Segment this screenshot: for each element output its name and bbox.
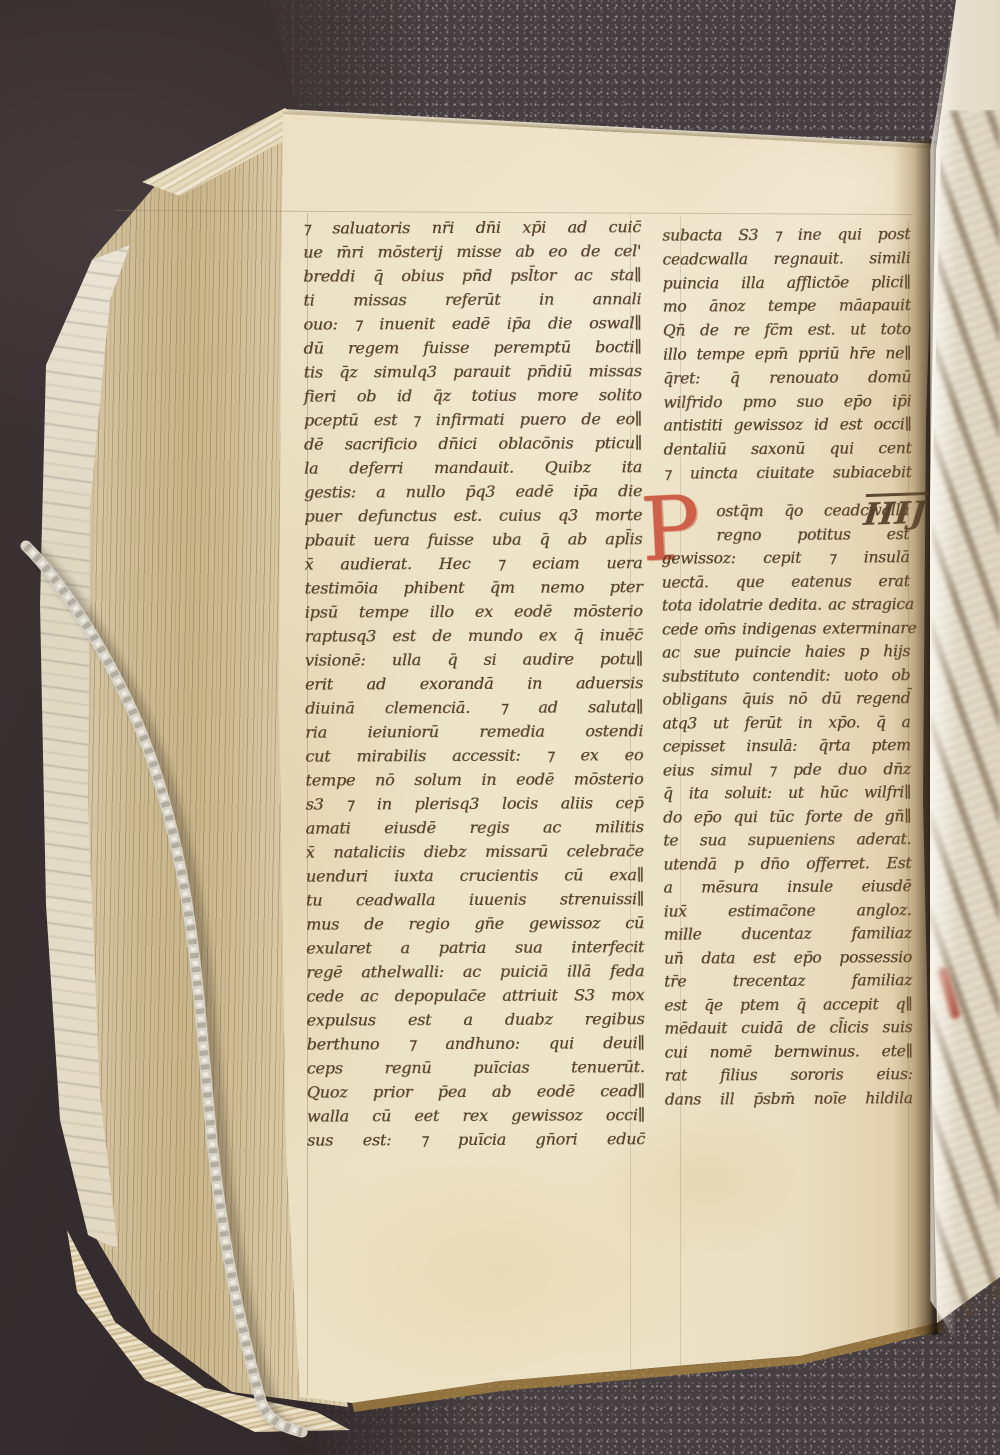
manuscript-line: ⁊ uincta ciuitate subiacebit <box>664 461 912 486</box>
manuscript-line: utendā p dn̄o offerret. Est <box>663 852 911 877</box>
manuscript-line: ostq̄m q̄o ceadcwalla <box>661 499 909 524</box>
manuscript-line: ti missas referūt in annali <box>303 287 641 312</box>
manuscript-line: pceptū est ⁊ infirmati puero de eo∥ <box>304 407 642 432</box>
manuscript-line: uectā. que eatenus erat <box>662 570 910 595</box>
text-column-left: ⁊ saluatoris nr̄i dn̄i xp̄i ad cuic̄ue m… <box>303 215 645 1152</box>
manuscript-line: ceps regnū puīcias tenuerūt. <box>307 1055 645 1080</box>
manuscript-line: x̄ nataliciis diebz missarū celebrac̄e <box>306 839 644 864</box>
manuscript-line: cut mirabilis accessit: ⁊ ex eo <box>305 743 643 768</box>
manuscript-line: tis q̄z simulq3 parauit pn̄diū missas <box>304 359 642 384</box>
manuscript-line: ac sue puincie haies p hijs <box>662 640 910 665</box>
manuscript-line: substituto contendit: uoto ob <box>662 664 910 689</box>
manuscript-line: diuinā clemenciā. ⁊ ad saluta∥ <box>305 695 643 720</box>
manuscript-line: est q̄e ptem q̄ accepit q∥ <box>664 993 912 1018</box>
manuscript-line: pbauit uera fuisse uba q̄ ab apl̄is <box>304 527 642 552</box>
manuscript-line: te sua supueniens aderat. <box>663 828 911 853</box>
manuscript-line: dentaliū saxonū qui cent <box>664 437 912 462</box>
manuscript-line: testimōia phibent q̄m nemo pter <box>305 575 643 600</box>
manuscript-line: cepisset insulā: q̄rta ptem <box>663 734 911 759</box>
manuscript-line: cui nomē bernwinus. ete∥ <box>664 1040 912 1065</box>
manuscript-line: erit ad exorandā in aduersis <box>305 671 643 696</box>
manuscript-line: illo tempe epm̄ ppriū hr̄e ne∥ <box>663 342 911 367</box>
manuscript-line: ceadcwalla regnauit. simili <box>662 247 910 272</box>
manuscript-line: ria ieiuniorū remedia ostendi <box>305 719 643 744</box>
manuscript-line: fieri ob id q̄z totius more solito <box>304 383 642 408</box>
manuscript-line: q̄ ita soluit: ut hūc wilfri∥ <box>663 781 911 806</box>
manuscript-line: x̄ audierat. Hec ⁊ eciam uera <box>304 551 642 576</box>
manuscript-line: exularet a patria sua interfecit <box>306 935 644 960</box>
manuscript-line: raptusq3 est de mundo ex q̄ inuēc̄ <box>305 623 643 648</box>
manuscript-line: mus de regio gn̄e gewissoz cū <box>306 911 644 936</box>
manuscript-line: puincia illa afflictōe plici∥ <box>662 271 910 296</box>
manuscript-line: subacta S3 ⁊ ine qui post <box>662 223 910 248</box>
text-column-right-upper: subacta S3 ⁊ ine qui postceadcwalla regn… <box>662 223 912 486</box>
manuscript-line: a mēsura insule eiusdē <box>663 875 911 900</box>
manuscript-line: dē sacrificio dn̄ici oblacōnis pticu∥ <box>304 431 642 456</box>
manuscript-line: dans ill p̄sbm̄ noīe hildila <box>665 1087 913 1112</box>
manuscript-line: breddi q̄ obius pn̄d psl̄tor ac sta∥ <box>303 263 641 288</box>
manuscript-line: amati eiusdē regis ac militis <box>306 815 644 840</box>
manuscript-line: walla cū eet rex gewissoz occi∥ <box>307 1103 645 1128</box>
manuscript-line: la deferri mandauit. Quibz ita <box>304 455 642 480</box>
manuscript-line: gewissoz: cepit ⁊ insulā <box>661 546 909 571</box>
manuscript-line: Qn̄ de re fc̄m est. ut toto <box>663 318 911 343</box>
manuscript-line: Quoz prior p̄ea ab eodē cead∥ <box>307 1079 645 1104</box>
manuscript-line: gestis: a nullo p̄q3 eadē ip̄a die <box>304 479 642 504</box>
manuscript-line: ue m̄ri mōsterij misse ab eo de cel' <box>303 239 641 264</box>
manuscript-line: un̄ data est ep̄o possessio <box>664 946 912 971</box>
manuscript-line: rat filius sororis eius: <box>665 1063 913 1088</box>
manuscript-line: atq3 ut ferūt in xp̄o. q̄ a <box>662 711 910 736</box>
manuscript-line: cede ac depopulac̄e attriuit S3 mox <box>306 983 644 1008</box>
manuscript-line: eius simul ⁊ pde duo dn̄z <box>663 758 911 783</box>
manuscript-line: mo ānoz tempe māapauit <box>663 295 911 320</box>
manuscript-line: mēdauit cuidā de cl̄icis suis <box>664 1016 912 1041</box>
manuscript-line: ipsū tempe illo ex eodē mōsterio <box>305 599 643 624</box>
manuscript-line: do ep̄o qui tūc forte de gn̄∥ <box>663 805 911 830</box>
manuscript-line: s3 ⁊ in plerisq3 locis aliis cep̄ <box>305 791 643 816</box>
manuscript-line: cede om̄s indigenas exterminare <box>662 617 910 642</box>
manuscript-line: sus est: ⁊ puīcia gn̄ori educ̄ <box>307 1127 645 1152</box>
manuscript-line: tempe nō solum in eodē mōsterio <box>305 767 643 792</box>
manuscript-line: ⁊ saluatoris nr̄i dn̄i xp̄i ad cuic̄ <box>303 215 641 240</box>
manuscript-line: tu ceadwalla iuuenis strenuissi∥ <box>306 887 644 912</box>
text-column-right-chapter: ostq̄m q̄o ceadcwallaregno potitus estge… <box>661 499 913 1112</box>
manuscript-line: ouo: ⁊ inuenit eadē ip̄a die oswal∥ <box>303 311 641 336</box>
manuscript-line: q̄ret: q̄ renouato domū <box>663 366 911 391</box>
manuscript-line: puer defunctus est. cuius q3 morte <box>304 503 642 528</box>
manuscript-line: antistiti gewissoz id est occi∥ <box>663 414 911 439</box>
manuscript-line: berthuno ⁊ andhuno: qui deui∥ <box>307 1031 645 1056</box>
manuscript-line: tr̄e trecentaz familiaz <box>664 969 912 994</box>
manuscript-line: visionē: ulla q̄ si audire potu∥ <box>305 647 643 672</box>
manuscript-line: regno potitus est <box>661 523 909 548</box>
manuscript-line: expulsus est a duabz regibus <box>306 1007 644 1032</box>
manuscript-line: regē athelwalli: ac puiciā illā feda <box>306 959 644 984</box>
manuscript-line: tota idolatrie dedita. ac stragica <box>662 593 910 618</box>
manuscript-line: dū regem fuisse peremptū bocti∥ <box>303 335 641 360</box>
manuscript-line: iux̄ estimac̄one angloz. <box>664 899 912 924</box>
manuscript-line: mille ducentaz familiaz <box>664 922 912 947</box>
manuscript-line: obligans q̄uis nō dū regend̄ <box>662 687 910 712</box>
facing-page-edge-highlight <box>930 0 956 1340</box>
manuscript-line: wilfrido pmo suo ep̄o ip̄i <box>663 390 911 415</box>
manuscript-line: uenduri iuxta crucientis cū exa∥ <box>306 863 644 888</box>
manuscript-photo: ⁊ saluatoris nr̄i dn̄i xp̄i ad cuic̄ue m… <box>0 0 1000 1455</box>
